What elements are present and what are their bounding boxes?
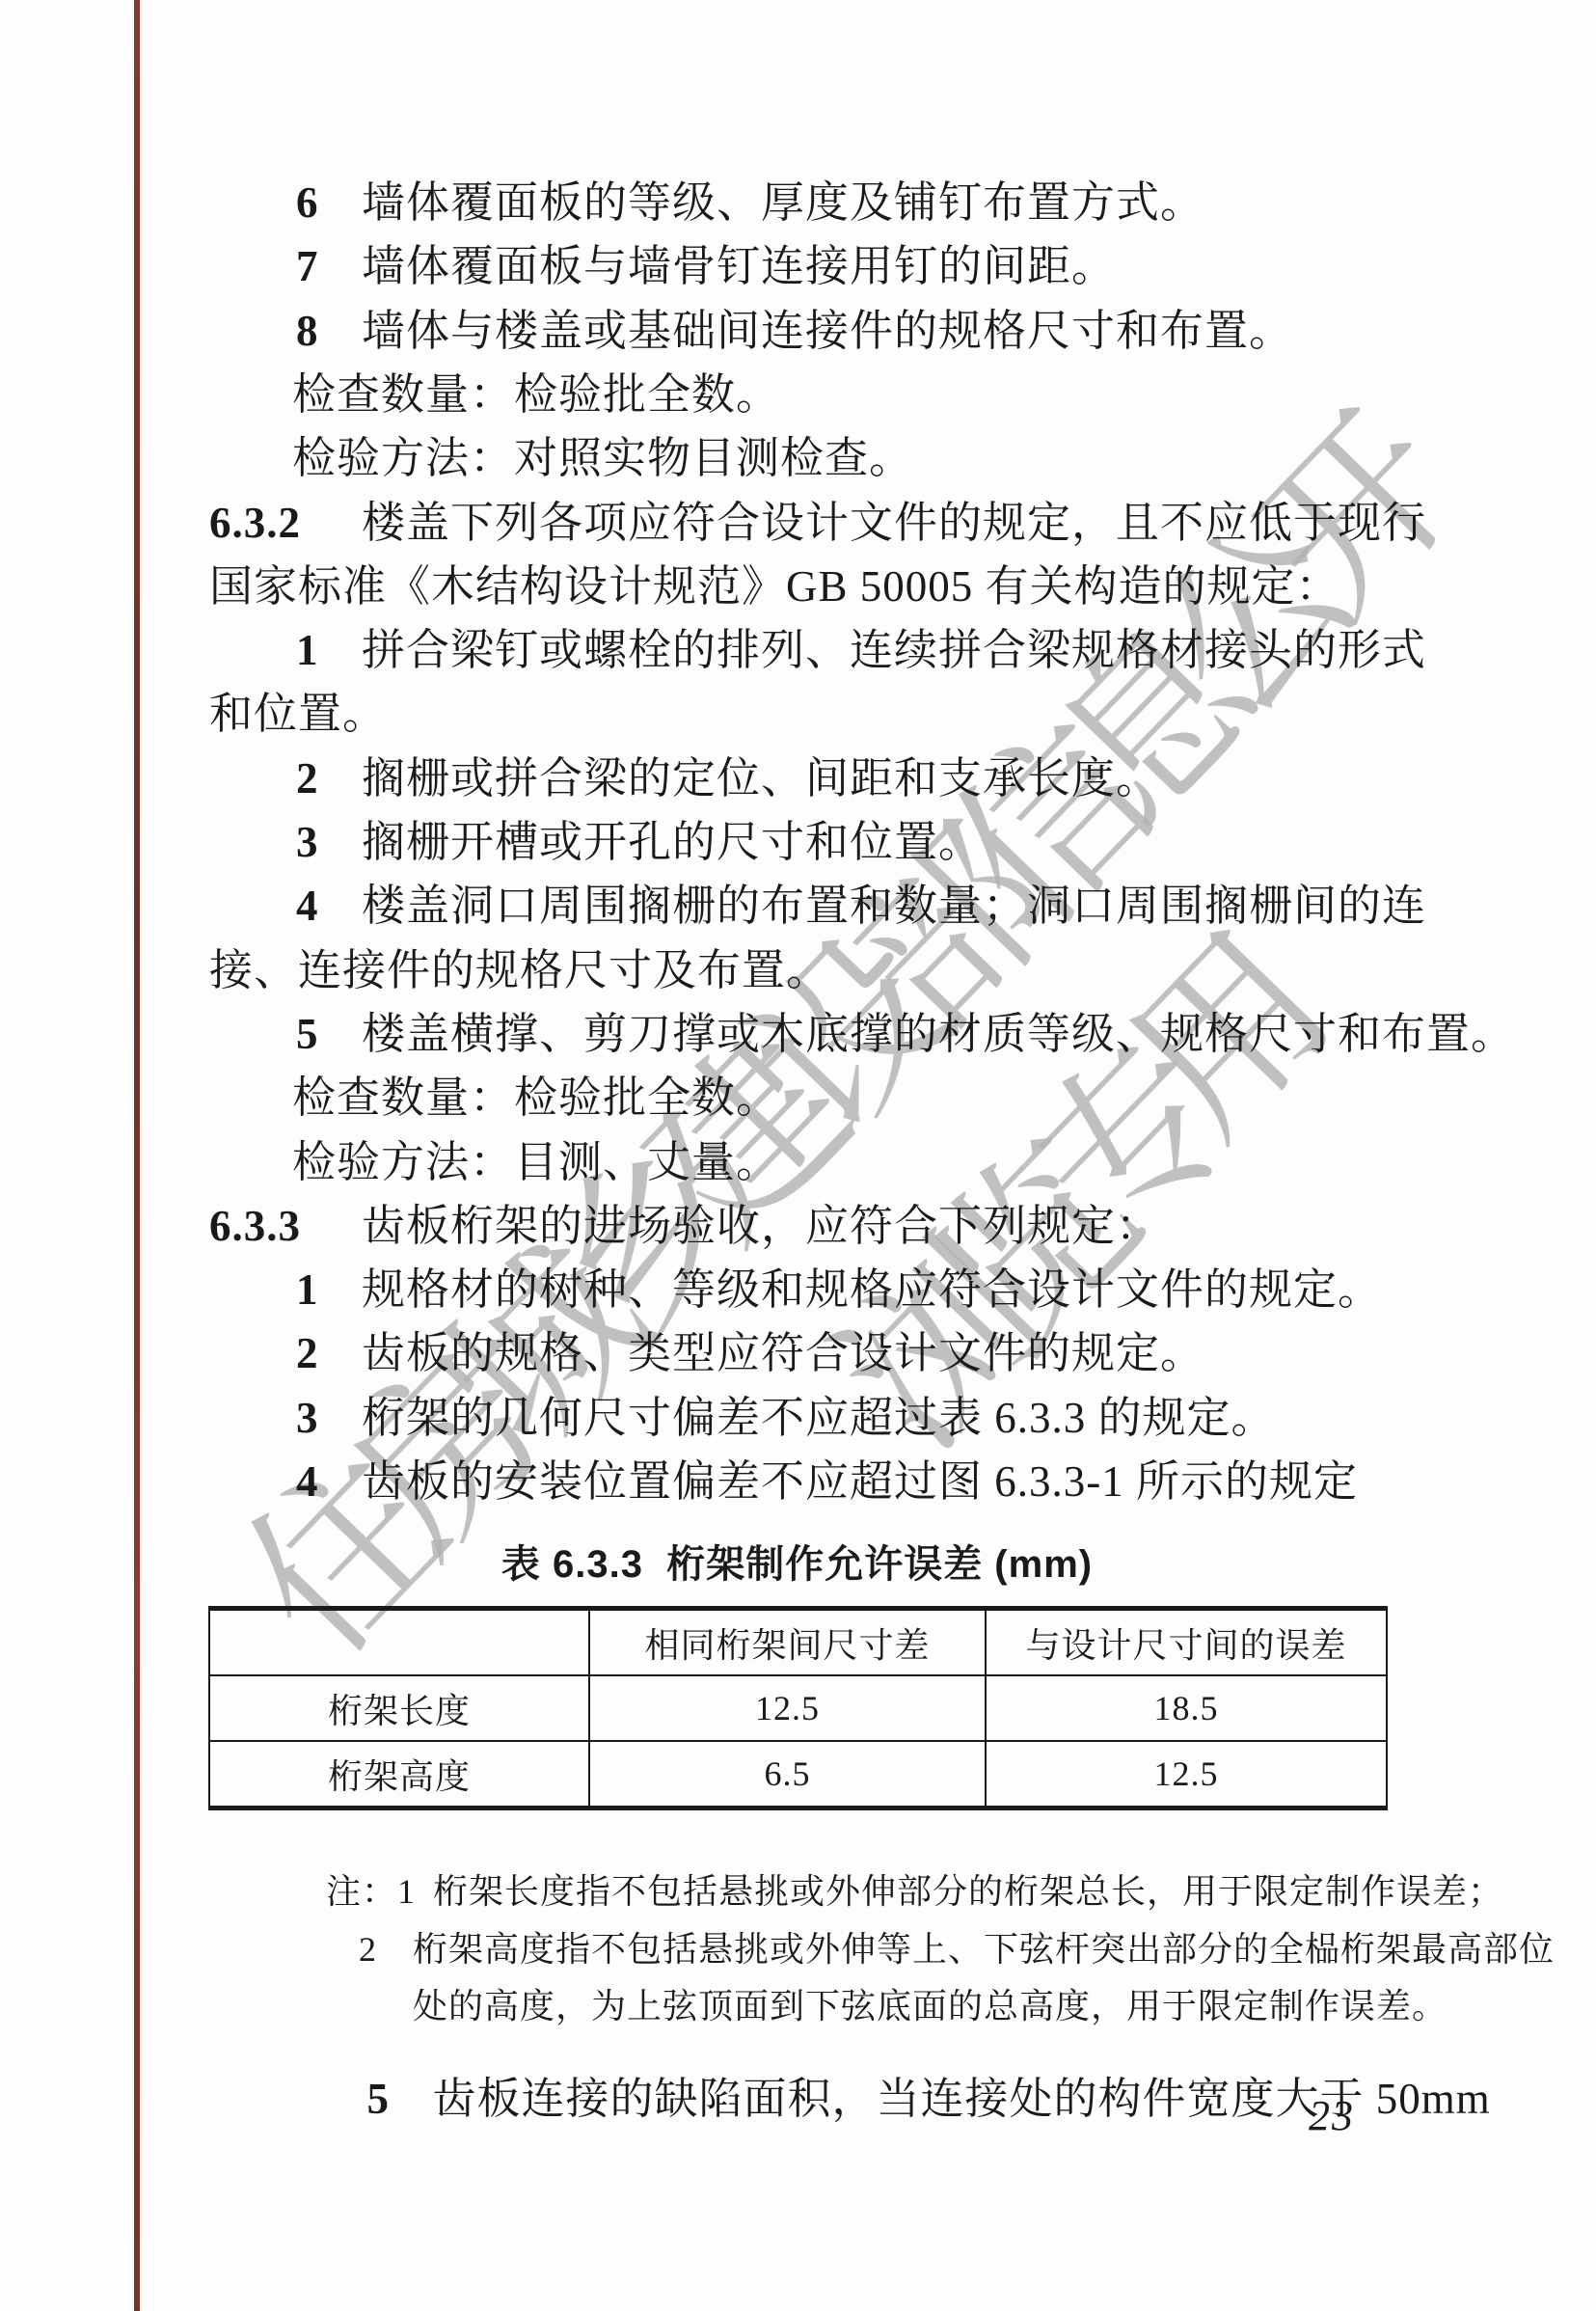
cell-value: 12.5 xyxy=(589,1675,986,1741)
line-number: 3 xyxy=(296,1386,362,1450)
table-row: 桁架高度 6.5 12.5 xyxy=(209,1741,1387,1808)
line-text: 搁栅或拼合梁的定位、间距和支承长度。 xyxy=(362,754,1160,802)
line-number: 6.3.3 xyxy=(209,1194,362,1258)
page-number: 23 xyxy=(1288,2087,1375,2145)
body-line: 8墙体与楼盖或基础间连接件的规格尺寸和布置。 xyxy=(296,299,1293,363)
body-line: 3桁架的几何尺寸偏差不应超过表 6.3.3 的规定。 xyxy=(296,1386,1276,1450)
line-text: 检查数量：检验批全数。 xyxy=(292,1074,780,1122)
line-text: 楼盖横撑、剪刀撑或木底撑的材质等级、规格尺寸和布置。 xyxy=(362,1010,1515,1058)
line-text: 规格材的树种、等级和规格应符合设计文件的规定。 xyxy=(362,1265,1382,1314)
body-line: 2齿板的规格、类型应符合设计文件的规定。 xyxy=(296,1321,1204,1385)
cell-value: 18.5 xyxy=(986,1675,1387,1741)
line-number: 6.3.2 xyxy=(209,491,362,555)
body-line: 4楼盖洞口周围搁栅的布置和数量；洞口周围搁栅间的连 xyxy=(296,874,1426,938)
line-text: 国家标准《木结构设计规范》GB 50005 有关构造的规定： xyxy=(209,562,1340,611)
cell-value: 12.5 xyxy=(986,1741,1387,1808)
line-text: 楼盖下列各项应符合设计文件的规定，且不应低于现行 xyxy=(362,499,1426,547)
line-text: 齿板桁架的进场验收，应符合下列规定： xyxy=(362,1202,1160,1250)
line-number: 1 xyxy=(296,1258,362,1321)
line-number: 6 xyxy=(296,171,362,234)
line-text: 搁栅开槽或开孔的尺寸和位置。 xyxy=(362,818,983,866)
body-line: 检查数量：检验批全数。 xyxy=(292,1066,780,1129)
line-number: 2 xyxy=(296,747,362,810)
line-text: 齿板的安装位置偏差不应超过图 6.3.3-1 所示的规定 xyxy=(362,1457,1358,1506)
line-text: 墙体覆面板与墙骨钉连接用钉的间距。 xyxy=(362,242,1116,290)
body-line: 1拼合梁钉或螺栓的排列、连续拼合梁规格材接头的形式 xyxy=(296,618,1426,682)
line-number: 7 xyxy=(296,234,362,298)
line-number: 1 xyxy=(296,618,362,682)
line-number: 4 xyxy=(296,874,362,938)
table-note-1: 注：1桁架长度指不包括悬挑或外伸部分的桁架总长，用于限定制作误差； xyxy=(268,1808,1503,1863)
tolerance-table: 相同桁架间尺寸差 与设计尺寸间的误差 桁架长度 12.5 18.5 桁架高度 6… xyxy=(208,1606,1388,1810)
body-line: 6墙体覆面板的等级、厚度及铺钉布置方式。 xyxy=(296,171,1204,234)
table-title: 表 6.3.3 桁架制作允许误差 (mm) xyxy=(208,1541,1386,1588)
cell-value: 6.5 xyxy=(589,1741,986,1808)
body-line: 3搁栅开槽或开孔的尺寸和位置。 xyxy=(296,810,983,874)
table-row: 桁架长度 12.5 18.5 xyxy=(209,1675,1387,1741)
table-header-vs-design: 与设计尺寸间的误差 xyxy=(986,1609,1387,1676)
body-line: 接、连接件的规格尺寸及布置。 xyxy=(209,938,830,1002)
body-line: 1规格材的树种、等级和规格应符合设计文件的规定。 xyxy=(296,1258,1382,1321)
table-header-same-truss: 相同桁架间尺寸差 xyxy=(589,1609,986,1676)
line-text: 齿板的规格、类型应符合设计文件的规定。 xyxy=(362,1329,1204,1377)
body-line: 检验方法：目测、丈量。 xyxy=(292,1130,780,1194)
line-text: 检验方法：目测、丈量。 xyxy=(292,1138,780,1186)
line-text: 和位置。 xyxy=(209,690,387,738)
line-text: 接、连接件的规格尺寸及布置。 xyxy=(209,946,830,994)
table-header-row: 相同桁架间尺寸差 与设计尺寸间的误差 xyxy=(209,1609,1387,1676)
document-page: 住房城乡建设部信息公开浏览专用 6墙体覆面板的等级、厚度及铺钉布置方式。7墙体覆… xyxy=(0,0,1596,2311)
line-number: 5 xyxy=(296,1002,362,1066)
body-line: 7墙体覆面板与墙骨钉连接用钉的间距。 xyxy=(296,234,1116,298)
row-label: 桁架长度 xyxy=(209,1675,589,1741)
body-line: 2搁栅或拼合梁的定位、间距和支承长度。 xyxy=(296,747,1160,810)
line-text: 检验方法：对照实物目测检查。 xyxy=(292,434,913,482)
closing-item-line: 5齿板连接的缺陷面积，当连接处的构件宽度大于 50mm xyxy=(296,2003,1491,2067)
line-text: 桁架的几何尺寸偏差不应超过表 6.3.3 的规定。 xyxy=(362,1394,1276,1442)
body-line: 和位置。 xyxy=(209,682,387,746)
body-line: 检验方法：对照实物目测检查。 xyxy=(292,426,913,490)
table-header-empty xyxy=(209,1609,589,1676)
body-line: 国家标准《木结构设计规范》GB 50005 有关构造的规定： xyxy=(209,555,1340,618)
line-text: 墙体覆面板的等级、厚度及铺钉布置方式。 xyxy=(362,178,1204,227)
line-text: 楼盖洞口周围搁栅的布置和数量；洞口周围搁栅间的连 xyxy=(362,882,1426,930)
line-number: 2 xyxy=(296,1321,362,1385)
table-note-2-line-2: 处的高度，为上弦顶面到下弦底面的总高度，用于限定制作误差。 xyxy=(355,1922,1447,1978)
row-label: 桁架高度 xyxy=(209,1741,589,1808)
body-line: 5楼盖横撑、剪刀撑或木底撑的材质等级、规格尺寸和布置。 xyxy=(296,1002,1515,1066)
line-number: 4 xyxy=(296,1450,362,1513)
line-number: 8 xyxy=(296,299,362,363)
body-line: 6.3.2楼盖下列各项应符合设计文件的规定，且不应低于现行 xyxy=(209,491,1426,555)
body-line: 6.3.3齿板桁架的进场验收，应符合下列规定： xyxy=(209,1194,1160,1258)
line-text: 拼合梁钉或螺栓的排列、连续拼合梁规格材接头的形式 xyxy=(362,626,1426,674)
page-content: 6墙体覆面板的等级、厚度及铺钉布置方式。7墙体覆面板与墙骨钉连接用钉的间距。8墙… xyxy=(0,0,1596,2311)
line-text: 检查数量：检验批全数。 xyxy=(292,370,780,419)
table-note-2-line-1: 2桁架高度指不包括悬挑或外伸等上、下弦杆突出部分的全榀桁架最高部位 xyxy=(301,1865,1555,1921)
body-line: 4齿板的安装位置偏差不应超过图 6.3.3-1 所示的规定 xyxy=(296,1450,1358,1513)
body-line: 检查数量：检验批全数。 xyxy=(292,363,780,426)
item-number: 5 xyxy=(367,2067,433,2131)
line-text: 墙体与楼盖或基础间连接件的规格尺寸和布置。 xyxy=(362,307,1293,355)
line-number: 3 xyxy=(296,810,362,874)
